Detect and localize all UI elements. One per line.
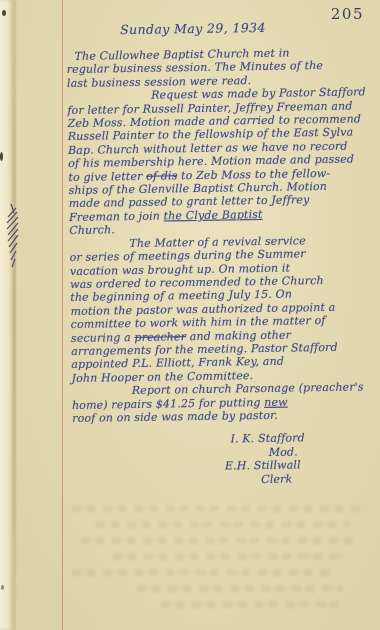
bleedthrough-marks	[72, 505, 367, 617]
bleedthrough-row	[161, 601, 338, 608]
date-heading: Sunday May 29, 1934	[66, 17, 374, 39]
ink-scribble-marks	[4, 202, 21, 274]
paper-speck	[1, 585, 4, 590]
red-margin-line	[62, 0, 63, 630]
bleedthrough-row	[81, 537, 352, 544]
ledger-page: 205 Sunday May 29, 1934 The Cullowhee Ba…	[0, 0, 380, 630]
handwritten-minutes: Sunday May 29, 1934 The Cullowhee Baptis…	[66, 17, 380, 489]
underlined-text: new	[264, 395, 288, 408]
paper-speck	[0, 152, 3, 161]
text-segment: and making other	[186, 328, 291, 343]
bleedthrough-row	[96, 521, 350, 528]
text-segment: securing a	[71, 330, 135, 344]
bleedthrough-row	[137, 585, 344, 592]
struck-text: preacher	[134, 330, 186, 344]
paper-speck	[2, 10, 6, 16]
bleedthrough-row	[113, 553, 343, 560]
paragraph-revival-meeting: The Matter of a revival serviceor series…	[69, 233, 379, 385]
paragraph-letters-request: Request was made by Pastor Staffordfor l…	[67, 85, 377, 237]
struck-text: of dis	[146, 169, 177, 182]
paragraph-opening: The Cullowhee Baptist Church met inregul…	[66, 45, 375, 90]
bleedthrough-row	[72, 569, 332, 576]
page-crease	[13, 0, 16, 630]
signature-block: I. K. Stafford Mod. E.H. Stillwall Clerk	[72, 430, 380, 488]
paragraph-parsonage-report: Report on church Parsonage (preacher'sho…	[72, 380, 380, 425]
underlined-text: the Clyde Baptist	[164, 208, 263, 223]
ink-scribble	[4, 202, 21, 278]
bleedthrough-row	[72, 505, 367, 512]
text-segment: Freeman to join	[69, 209, 164, 223]
text-segment: to give letter	[68, 169, 146, 183]
binding-edge	[0, 0, 13, 630]
